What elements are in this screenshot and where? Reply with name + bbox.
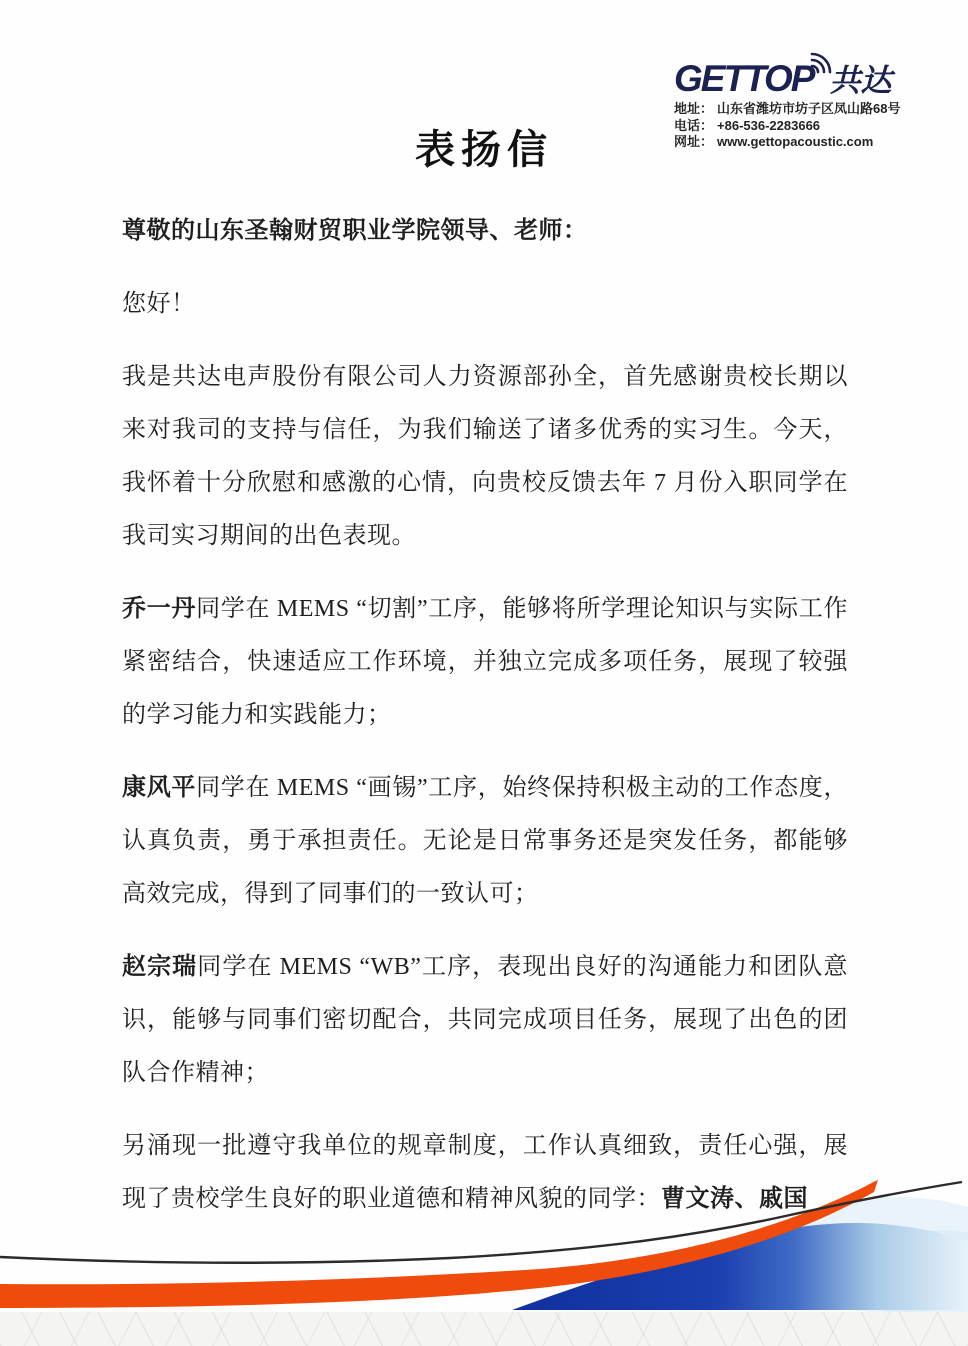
student-name: 康风平 [122, 775, 196, 801]
student-name: 乔一丹 [122, 596, 196, 622]
logo-gongda-text: 共达 [829, 65, 891, 96]
page-title: 表扬信 [0, 118, 968, 175]
student-paragraph-kangfengping: 康风平同学在 MEMS “画锡”工序，始终保持积极主动的工作态度，认真负责，勇于… [122, 762, 848, 921]
contact-address: 地址： 山东省潍坊市坊子区凤山路68号 [674, 101, 924, 118]
intro-paragraph: 我是共达电声股份有限公司人力资源部孙全，首先感谢贵校长期以来对我司的支持与信任，… [122, 351, 848, 563]
letter-page: GETTOP 共达 地址： 山东省潍坊市坊子区凤山路68号 电话： +86-53… [0, 0, 968, 1346]
address-label: 地址： [674, 101, 713, 118]
student-paragraph-qiaoyidan: 乔一丹同学在 MEMS “切割”工序，能够将所学理论知识与实际工作紧密结合，快速… [122, 583, 848, 742]
signal-waves-icon [806, 49, 832, 75]
student-paragraph-zhaozongrui: 赵宗瑞同学在 MEMS “WB”工序，表现出良好的沟通能力和团队意识，能够与同事… [122, 941, 848, 1100]
footer-decoration [0, 1180, 968, 1346]
logo-gettop-text: GETTOP [674, 60, 813, 97]
address-value: 山东省潍坊市坊子区凤山路68号 [717, 101, 900, 118]
letter-body: 尊敬的山东圣翰财贸职业学院领导、老师： 您好！ 我是共达电声股份有限公司人力资源… [122, 205, 848, 1246]
student-name: 赵宗瑞 [122, 954, 197, 980]
salutation: 尊敬的山东圣翰财贸职业学院领导、老师： [122, 205, 848, 258]
student-text: 同学在 MEMS “WB”工序，表现出良好的沟通能力和团队意识，能够与同事们密切… [122, 954, 848, 1086]
hatch-pattern-strip [0, 1312, 968, 1346]
company-logo: GETTOP 共达 [674, 60, 924, 97]
student-text: 同学在 MEMS “切割”工序，能够将所学理论知识与实际工作紧密结合，快速适应工… [122, 596, 848, 728]
greeting: 您好！ [122, 278, 848, 331]
student-text: 同学在 MEMS “画锡”工序，始终保持积极主动的工作态度，认真负责，勇于承担责… [122, 775, 848, 907]
